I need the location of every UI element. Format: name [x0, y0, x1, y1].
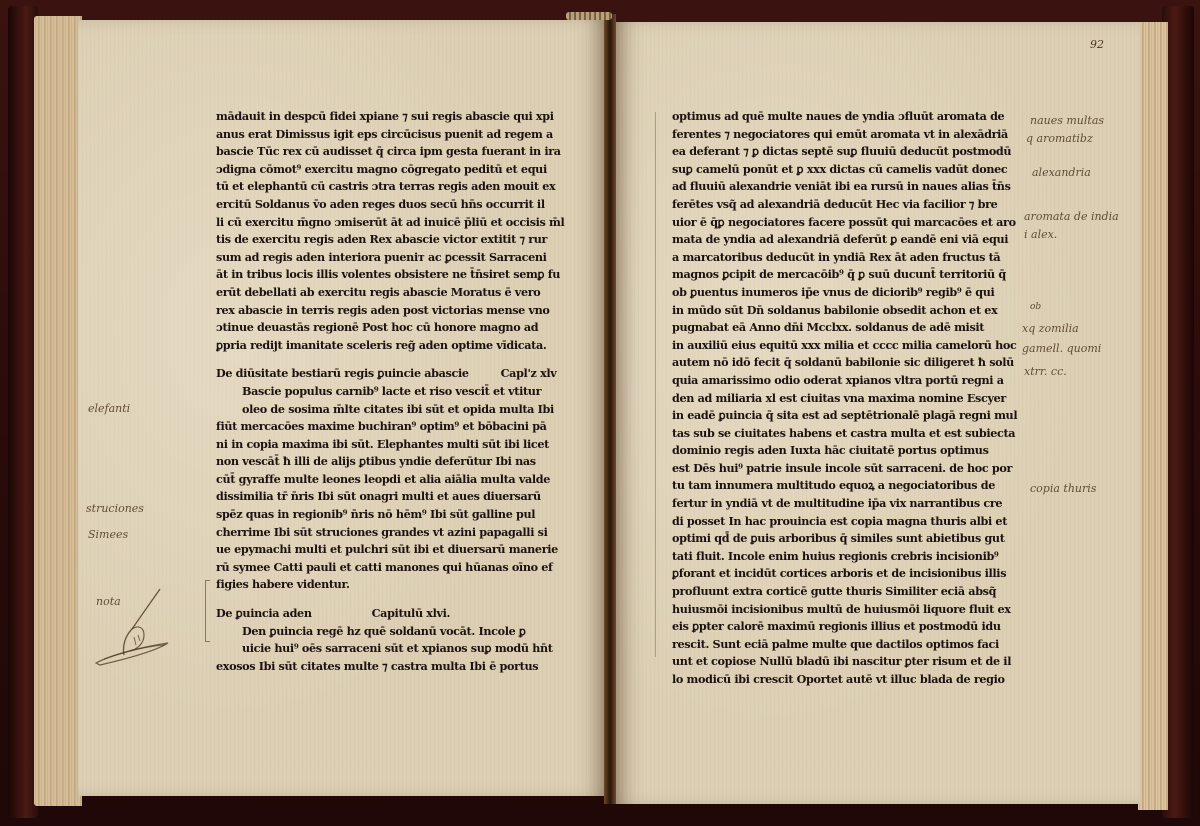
text-line: dissimilia tr̄ n̄ris Ibi sūt onagri mult… — [216, 488, 566, 506]
gutter — [604, 14, 616, 804]
text-line: profluunt extra corticē gutte thuris Sim… — [672, 583, 1022, 601]
text-line: rū symee Catti pauli et catti manones qu… — [216, 559, 566, 577]
text-line: unt et copiose Nullū bladū ibi nascitur … — [672, 653, 1022, 671]
text-line: quia amarissimo odio oderat xpianos vltr… — [672, 372, 1022, 390]
text-line: sum ad regis aden interiora pueniт ac ꝑc… — [216, 249, 566, 267]
text-line: ni in copia maxima ibi sūt. Elephantes m… — [216, 436, 566, 454]
text-line: suꝑ camelū ponūt et ꝑ xxx dictas cū came… — [672, 161, 1022, 179]
text-line: uior ē q̄ꝑ negociatores facere possūt qu… — [672, 214, 1022, 232]
text-line: anus erat Dimissus igit eps circūcisus p… — [216, 126, 566, 144]
text-line: ɔdigna cōmot⁹ exercitu magno cōgregato p… — [216, 161, 566, 179]
text-line: a marcatoribus deducūt in yndiā Rex āt a… — [672, 249, 1022, 267]
marginal-bracket — [205, 580, 210, 642]
text-line: in eadē ꝑuincia q̄ sita est ad septētrio… — [672, 407, 1022, 425]
text-line: fertur in yndiā vt de multitudine ip̄a v… — [672, 495, 1022, 513]
chapter-heading-46: De ꝑuincia adenCapitulū xlvi. — [216, 605, 566, 623]
chapter-title: De diūsitate bestiarū regis ꝑuincie abas… — [216, 366, 469, 380]
headband — [566, 12, 612, 20]
text-line: optimus ad quē multe naues de yndia ɔflu… — [672, 108, 1022, 126]
marginal-note: gamell. quomi — [1022, 342, 1101, 355]
text-line: ad fluuiū alexandrie veniāt ibi ea rursū… — [672, 178, 1022, 196]
marginal-note: xq zomilia — [1022, 322, 1079, 335]
text-line: figies habere videntur. — [216, 576, 566, 594]
text-line: ercitū Soldanus v̄o aden reges duos secū… — [216, 196, 566, 214]
marginal-note: elefanti — [88, 402, 130, 415]
text-line: fiūt mercacōes maxime buchiran⁹ optim⁹ e… — [216, 418, 566, 436]
marginal-note: xtrr. cc. — [1024, 365, 1067, 378]
text-line: exosos Ibi sūt citates multe ⁊ castra mu… — [216, 658, 566, 676]
text-line: uicie hui⁹ oēs sarraceni sūt et xpianos … — [216, 640, 566, 658]
text-line: Den ꝑuincia regē hz quē soldanū vocāt. I… — [216, 623, 566, 641]
text-line: bascie Tūc rex cū audisset q̄ circa ipm … — [216, 143, 566, 161]
chapter-title: De ꝑuincia aden — [216, 606, 312, 620]
marginal-note: aromata de india — [1024, 210, 1119, 223]
chapter-label: Capl'z xlv — [501, 365, 557, 383]
marginal-note: Simees — [88, 528, 128, 541]
marginal-note: naues multas — [1030, 114, 1104, 127]
marginal-note: ob — [1030, 302, 1041, 312]
marginal-line — [655, 112, 660, 657]
marginal-note: i alex. — [1024, 228, 1057, 241]
text-line: lo modicū ibi crescit Oportet autē vt il… — [672, 671, 1022, 689]
text-line: optimi qd̄ de ꝑuis arboribus q̄ similes … — [672, 530, 1022, 548]
left-page-text: mādauit in despcū fidei xpiane ⁊ sui reg… — [216, 108, 566, 675]
marginal-note: struciones — [86, 502, 144, 515]
text-line: cherrime Ibi sūt struciones grandes vt a… — [216, 524, 566, 542]
text-line: di posset In hac prouincia est copia mag… — [672, 513, 1022, 531]
text-line: ob ꝑuentus inumeros ip̄e vnus de diciori… — [672, 284, 1022, 302]
text-line: rex abascie in terris regis aden post vi… — [216, 302, 566, 320]
text-line: tas sub se ciuitates habens et castra mu… — [672, 425, 1022, 443]
text-line: rescit. Sunt eciā palme multe que dactil… — [672, 636, 1022, 654]
text-line: erūt debellati ab exercitu regis abascie… — [216, 284, 566, 302]
text-line: den ad miliaria xl est ciuitas vna maxim… — [672, 390, 1022, 408]
text-line: cūt̄ gyraffe multe leones leopdi et alia… — [216, 471, 566, 489]
text-line: ea deferant ⁊ ꝑ dictas septē suꝑ fluuiū … — [672, 143, 1022, 161]
pointing-hand-icon — [86, 585, 176, 675]
text-line: magnos ꝑcipit de mercacōib⁹ q̄ ꝑ suū duc… — [672, 266, 1022, 284]
text-line: ue epymachi multi et pulchri sūt ibi et … — [216, 541, 566, 559]
text-line: tis de exercitu regis aden Rex abascie v… — [216, 231, 566, 249]
marginal-note: copia thuris — [1030, 482, 1096, 495]
text-line: ferētes vsq̃ ad alexandriā deducūt Hec v… — [672, 196, 1022, 214]
page-edges-left — [34, 16, 82, 806]
marginal-note: q aromatibz — [1026, 132, 1093, 145]
text-line: Bascie populus carnib⁹ lacte et riso ves… — [216, 383, 566, 401]
text-line: li cū exercitu m̄gno ɔmiserūt āt ad inui… — [216, 214, 566, 232]
text-line: ꝑpria rediјt imanitate sceleris reg̃ ade… — [216, 337, 566, 355]
text-line: mata de yndia ad alexandriā deferūt ꝑ ea… — [672, 231, 1022, 249]
text-line: eis ꝑpter calorē maximū regionis illius … — [672, 618, 1022, 636]
text-line: in mūdo sūt Dn̄ soldanus babilonie obsed… — [672, 302, 1022, 320]
text-line: tū et elephantū cū castris ɔtra terras r… — [216, 178, 566, 196]
text-line: āt in tribus locis illis volentes obsist… — [216, 266, 566, 284]
text-line: autem nō idō fecit q̄ soldanū babilonie … — [672, 354, 1022, 372]
folio-number: 92 — [1090, 38, 1104, 51]
text-line: non vescāt̄ ħ illi de alijs ꝑtibus yndie… — [216, 453, 566, 471]
text-line: tu tam innumera multitudo equoꝝ a negoci… — [672, 477, 1022, 495]
text-line: pugnabat eā Anno dn̄i Mcclxx. soldanus d… — [672, 319, 1022, 337]
text-line: ɔtinue deuastās regionē Post hoc cū hono… — [216, 319, 566, 337]
text-line: ferentes ⁊ negociatores qui emūt aromata… — [672, 126, 1022, 144]
page-edges-right — [1138, 22, 1168, 810]
text-line: tati fluit. Incole enim huius regionis c… — [672, 548, 1022, 566]
text-line: in auxiliū eius equitū xxx milia et cccc… — [672, 337, 1022, 355]
text-line: ꝑforant et incidūt cortices arboris et d… — [672, 565, 1022, 583]
text-line: est Dēs hui⁹ patrie insule incole sūt sa… — [672, 460, 1022, 478]
text-line: mādauit in despcū fidei xpiane ⁊ sui reg… — [216, 108, 566, 126]
text-line: huiusmōi incisionibus multū de huiusmōi … — [672, 601, 1022, 619]
text-line: dominio regis aden Iuxta hāc ciuitatē po… — [672, 442, 1022, 460]
text-line: oleo de sosima m̄lte citates ibi sūt et … — [216, 401, 566, 419]
text-line: spēz quas in regionib⁹ n̄ris nō hēm⁹ Ibi… — [216, 506, 566, 524]
chapter-label: Capitulū xlvi. — [372, 605, 450, 623]
right-page-text: optimus ad quē multe naues de yndia ɔflu… — [672, 108, 1022, 689]
marginal-note: alexandria — [1032, 166, 1091, 179]
chapter-heading-45: De diūsitate bestiarū regis ꝑuincie abas… — [216, 365, 566, 383]
